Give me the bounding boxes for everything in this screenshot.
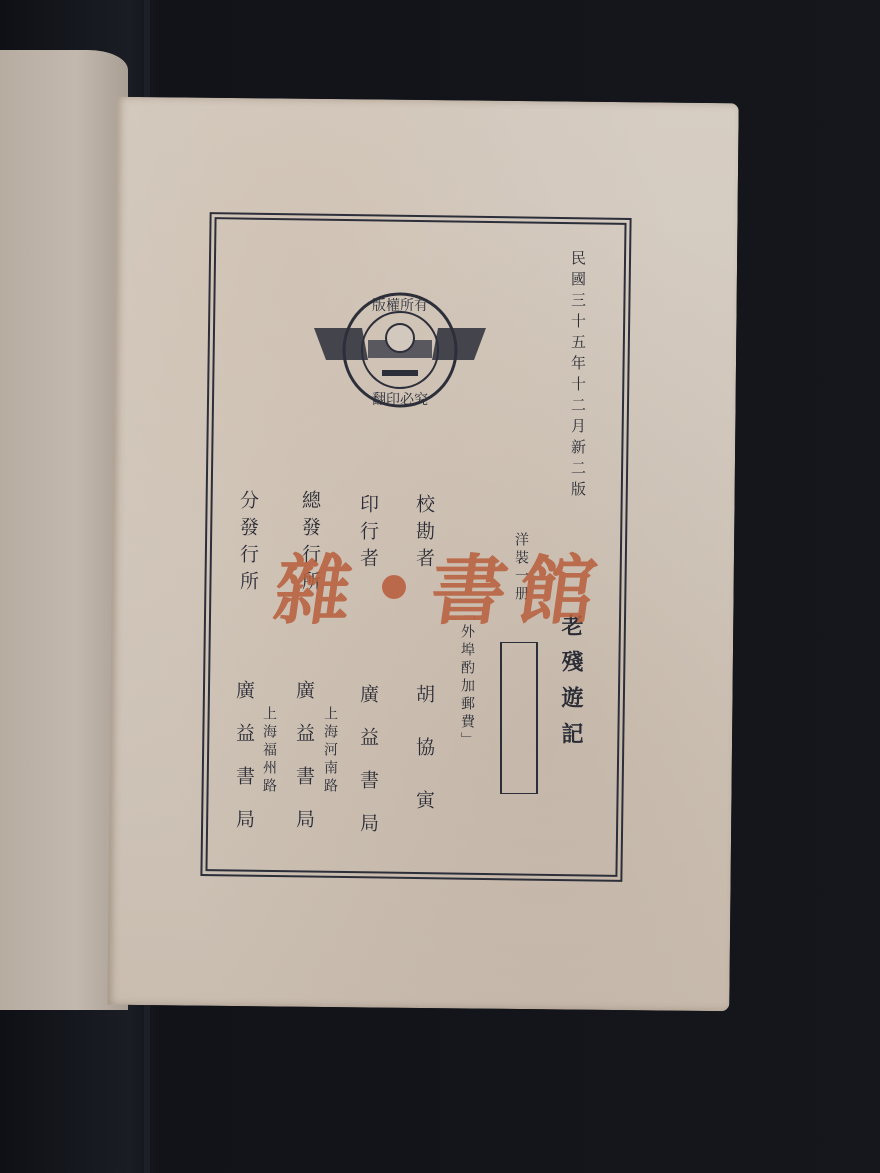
price-box [500, 642, 538, 794]
watermark-dot [382, 575, 406, 599]
printer-label: 印行者 [358, 494, 377, 575]
watermark-char-1: 雜 [268, 530, 359, 639]
watermark-char-2: 書 [424, 530, 515, 639]
proofreader-label: 校勘者 [414, 494, 433, 575]
stamp-text-bottom: 翻印必究 [372, 391, 428, 408]
watermark-char-3: 館 [512, 530, 603, 639]
proofreader-name: 胡協寅 [414, 684, 433, 843]
date-edition: 民國三十五年十二月新二版 [570, 250, 585, 502]
general-distributor-address: 上海河南路 [323, 706, 337, 796]
stamp-text-top: 版權所有 [372, 297, 428, 314]
general-distributor-name: 廣益書局 [294, 680, 313, 852]
branch-distributor-name: 廣益書局 [234, 680, 253, 852]
branch-distributor-address: 上海福州路 [262, 706, 276, 796]
printer-name: 廣益書局 [358, 684, 377, 856]
branch-distributor-label: 分發行所 [238, 490, 257, 598]
copyright-stamp-icon: 版權所有 翻印必究 [312, 290, 488, 410]
